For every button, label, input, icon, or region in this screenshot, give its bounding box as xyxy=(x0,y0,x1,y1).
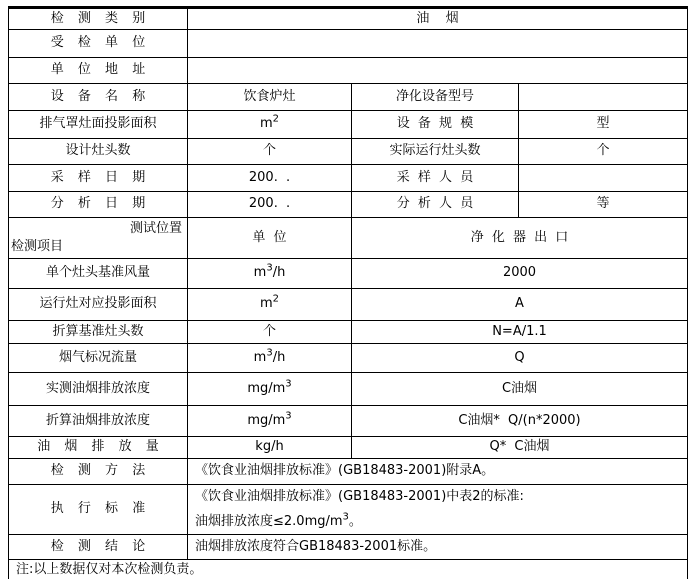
text: 单个灶头基准风量 xyxy=(46,265,150,280)
text-part: m xyxy=(260,116,273,131)
value-cell: 等 xyxy=(519,192,688,218)
text: 单 位 地 址 xyxy=(51,62,145,77)
superscript: 2 xyxy=(273,294,279,305)
text: 等 xyxy=(596,196,609,211)
split-header-bottom-label: 检测项目 xyxy=(11,239,63,255)
value-cell: C油烟* Q/(n*2000) xyxy=(352,406,688,437)
superscript: 3 xyxy=(285,411,291,422)
text-part: 。 xyxy=(349,514,362,529)
text: 单 位 xyxy=(252,230,286,245)
superscript: 2 xyxy=(273,114,279,125)
text: 实测油烟排放浓度 xyxy=(46,381,150,396)
unit-cell: m3/h xyxy=(188,344,352,373)
table-row: 排气罩灶面投影面积m2设 备 规 模型 xyxy=(9,111,688,139)
value-cell: 个 xyxy=(519,139,688,165)
value-cell xyxy=(188,30,688,58)
row-label-cell: 烟气标况流量 xyxy=(9,344,188,373)
table-row: 折算油烟排放浓度mg/m3C油烟* Q/(n*2000) xyxy=(9,406,688,437)
table-row: 油 烟 排 放 量kg/hQ* C油烟 xyxy=(9,437,688,459)
text: 2000 xyxy=(503,265,536,280)
text: 《饮食业油烟排放标准》(GB18483-2001)附录A。 xyxy=(195,463,494,478)
unit-cell: m3/h xyxy=(188,259,352,289)
row-label-cell: 单个灶头基准风量 xyxy=(9,259,188,289)
value-cell: 《饮食业油烟排放标准》(GB18483-2001)附录A。 xyxy=(188,459,688,485)
row-label-cell: 分 析 日 期 xyxy=(9,192,188,218)
value-cell: C油烟 xyxy=(352,373,688,406)
text: 折算油烟排放浓度 xyxy=(46,413,150,428)
value-cell: 油烟排放浓度符合GB18483-2001标准。 xyxy=(188,535,688,560)
text: 饮食炉灶 xyxy=(243,89,295,104)
text: 个 xyxy=(596,143,609,158)
row-label-cell: 检 测 结 论 xyxy=(9,535,188,560)
text: 净 化 器 出 口 xyxy=(471,230,569,245)
text: 分 析 人 员 xyxy=(397,196,473,211)
value-cell: 个 xyxy=(188,321,352,344)
text: N=A/1.1 xyxy=(492,324,547,339)
unit-cell: mg/m3 xyxy=(188,373,352,406)
text: 采 样 人 员 xyxy=(397,170,473,185)
value-cell: 采 样 人 员 xyxy=(352,165,519,192)
value-cell: 设 备 规 模 xyxy=(352,111,519,139)
split-header-top-label: 测试位置 xyxy=(130,221,182,237)
row-label-cell: 检 测 方 法 xyxy=(9,459,188,485)
document-page: 检 测 类 别油 烟受 检 单 位单 位 地 址设 备 名 称饮食炉灶净化设备型… xyxy=(0,0,693,579)
table-row: 分 析 日 期200. .分 析 人 员等 xyxy=(9,192,688,218)
text: 油 烟 排 放 量 xyxy=(37,439,159,454)
text: 折算基准灶头数 xyxy=(52,324,143,339)
text: A xyxy=(515,296,524,311)
text: 注:以上数据仅对本次检测负责。 xyxy=(16,562,202,577)
superscript: 3 xyxy=(285,379,291,390)
unit-cell: m2 xyxy=(188,289,352,321)
value-cell: Q* C油烟 xyxy=(352,437,688,459)
value-cell: 实际运行灶头数 xyxy=(352,139,519,165)
text: 受 检 单 位 xyxy=(51,35,145,50)
text: 设计灶头数 xyxy=(65,143,130,158)
table-row: 设计灶头数个实际运行灶头数个 xyxy=(9,139,688,165)
row-label-cell: 单 位 地 址 xyxy=(9,58,188,84)
value-cell xyxy=(519,84,688,111)
value-cell: N=A/1.1 xyxy=(352,321,688,344)
value-cell: 净化设备型号 xyxy=(352,84,519,111)
text-part: 油烟排放浓度≤2.0mg/m xyxy=(195,514,343,529)
row-label-cell: 检 测 类 别 xyxy=(9,8,188,30)
table-row: 测试位置检测项目单 位净 化 器 出 口 xyxy=(9,218,688,259)
text-part: 《饮食业油烟排放标准》(GB18483-2001)中表2的标准: xyxy=(195,489,524,504)
value-cell: 《饮食业油烟排放标准》(GB18483-2001)中表2的标准:油烟排放浓度≤2… xyxy=(188,485,688,535)
text: 检 测 结 论 xyxy=(51,539,145,554)
text: 个 xyxy=(263,143,276,158)
text-part: /h xyxy=(273,350,286,365)
text: kg/h xyxy=(255,439,283,454)
text: 设 备 规 模 xyxy=(397,116,473,131)
text-part: m xyxy=(260,296,273,311)
value-cell: 2000 xyxy=(352,259,688,289)
text-line: 《饮食业油烟排放标准》(GB18483-2001)中表2的标准: xyxy=(195,489,684,505)
value-cell: 个 xyxy=(188,139,352,165)
text-part: mg/m xyxy=(247,413,285,428)
table-row: 检 测 结 论油烟排放浓度符合GB18483-2001标准。 xyxy=(9,535,688,560)
text: 实际运行灶头数 xyxy=(389,143,480,158)
table-row: 执 行 标 准《饮食业油烟排放标准》(GB18483-2001)中表2的标准:油… xyxy=(9,485,688,535)
value-cell: kg/h xyxy=(188,437,352,459)
row-label-cell: 设 备 名 称 xyxy=(9,84,188,111)
value-cell: 200. . xyxy=(188,165,352,192)
row-label-cell: 折算基准灶头数 xyxy=(9,321,188,344)
value-cell: 单 位 xyxy=(188,218,352,259)
text-part: m xyxy=(254,350,267,365)
text: 个 xyxy=(263,324,276,339)
text-line: 油烟排放浓度≤2.0mg/m3。 xyxy=(195,514,684,530)
text: Q* C油烟 xyxy=(490,439,550,454)
row-label-cell: 受 检 单 位 xyxy=(9,30,188,58)
text: 检 测 类 别 xyxy=(51,11,145,26)
row-label-cell: 采 样 日 期 xyxy=(9,165,188,192)
table-row: 设 备 名 称饮食炉灶净化设备型号 xyxy=(9,84,688,111)
value-cell: Q xyxy=(352,344,688,373)
text: 执 行 标 准 xyxy=(51,501,145,516)
text: 分 析 日 期 xyxy=(51,196,145,211)
text: C油烟* Q/(n*2000) xyxy=(458,413,580,428)
text: 采 样 日 期 xyxy=(51,170,145,185)
value-cell: 分 析 人 员 xyxy=(352,192,519,218)
text: 排气罩灶面投影面积 xyxy=(39,116,156,131)
text: 烟气标况流量 xyxy=(59,350,137,365)
table-row: 受 检 单 位 xyxy=(9,30,688,58)
table-row: 单个灶头基准风量m3/h2000 xyxy=(9,259,688,289)
note-cell: 注:以上数据仅对本次检测负责。 xyxy=(9,560,688,579)
row-label-cell: 实测油烟排放浓度 xyxy=(9,373,188,406)
value-cell: 型 xyxy=(519,111,688,139)
text-part: m xyxy=(254,265,267,280)
text-part: /h xyxy=(273,265,286,280)
value-cell: 净 化 器 出 口 xyxy=(352,218,688,259)
value-cell xyxy=(519,165,688,192)
value-cell: A xyxy=(352,289,688,321)
text: 油 烟 xyxy=(416,11,458,26)
text-part: mg/m xyxy=(247,381,285,396)
text: 200. . xyxy=(249,170,290,185)
table-row: 单 位 地 址 xyxy=(9,58,688,84)
row-label-cell: 排气罩灶面投影面积 xyxy=(9,111,188,139)
text: Q xyxy=(514,350,524,365)
value-cell xyxy=(188,58,688,84)
text: 200. . xyxy=(249,196,290,211)
value-cell: 油 烟 xyxy=(188,8,688,30)
text: C油烟 xyxy=(502,381,537,396)
table-row: 实测油烟排放浓度mg/m3C油烟 xyxy=(9,373,688,406)
text: 型 xyxy=(596,116,609,131)
row-label-cell: 执 行 标 准 xyxy=(9,485,188,535)
inspection-report-body: 检 测 类 别油 烟受 检 单 位单 位 地 址设 备 名 称饮食炉灶净化设备型… xyxy=(9,8,688,579)
text: 检 测 方 法 xyxy=(51,463,145,478)
table-row: 采 样 日 期200. .采 样 人 员 xyxy=(9,165,688,192)
unit-cell: m2 xyxy=(188,111,352,139)
text: 设 备 名 称 xyxy=(51,89,145,104)
text: 运行灶对应投影面积 xyxy=(39,296,156,311)
table-row: 注:以上数据仅对本次检测负责。 xyxy=(9,560,688,579)
row-label-cell: 设计灶头数 xyxy=(9,139,188,165)
unit-cell: mg/m3 xyxy=(188,406,352,437)
row-label-cell: 折算油烟排放浓度 xyxy=(9,406,188,437)
table-row: 检 测 类 别油 烟 xyxy=(9,8,688,30)
table-row: 烟气标况流量m3/hQ xyxy=(9,344,688,373)
row-label-cell: 油 烟 排 放 量 xyxy=(9,437,188,459)
inspection-report-table: 检 测 类 别油 烟受 检 单 位单 位 地 址设 备 名 称饮食炉灶净化设备型… xyxy=(8,6,688,579)
value-cell: 200. . xyxy=(188,192,352,218)
table-row: 折算基准灶头数个N=A/1.1 xyxy=(9,321,688,344)
text: 油烟排放浓度符合GB18483-2001标准。 xyxy=(195,539,436,554)
table-row: 运行灶对应投影面积m2A xyxy=(9,289,688,321)
table-row: 检 测 方 法《饮食业油烟排放标准》(GB18483-2001)附录A。 xyxy=(9,459,688,485)
text: 净化设备型号 xyxy=(396,89,474,104)
value-cell: 饮食炉灶 xyxy=(188,84,352,111)
row-label-cell: 运行灶对应投影面积 xyxy=(9,289,188,321)
position-item-split-header-cell: 测试位置检测项目 xyxy=(9,218,188,259)
